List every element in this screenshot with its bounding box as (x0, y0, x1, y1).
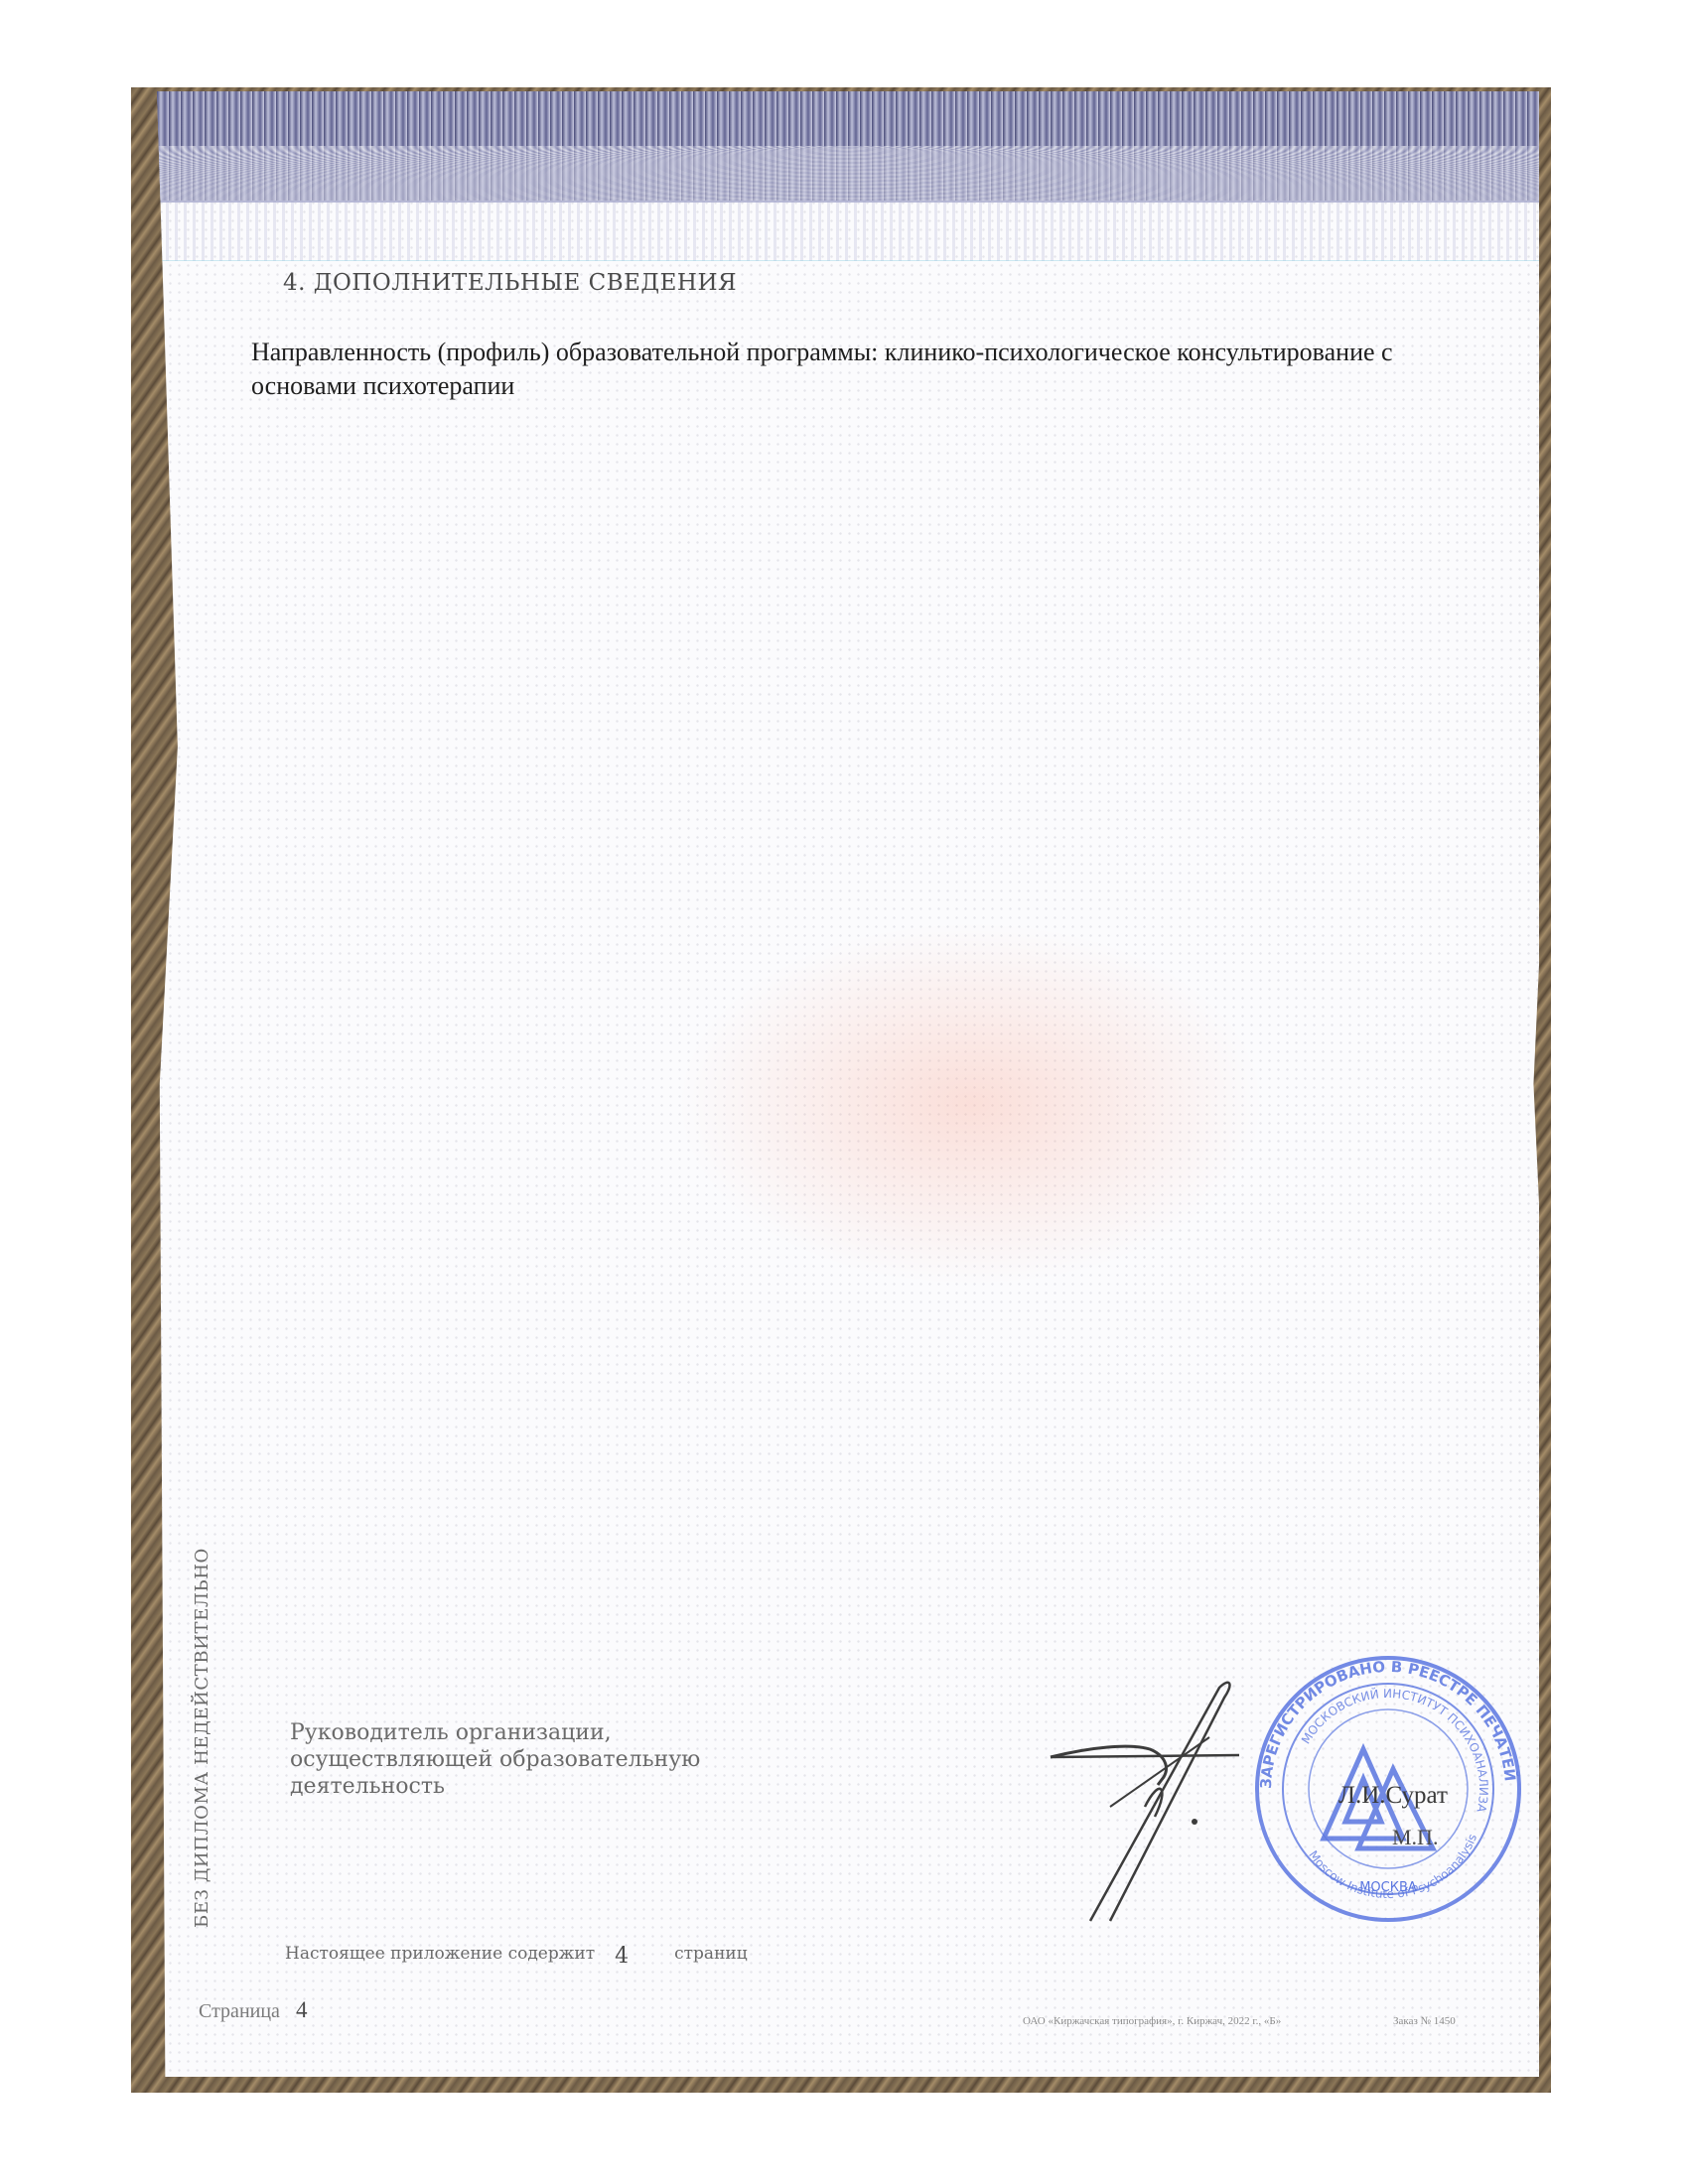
guilloche-header-ornament (157, 91, 1539, 203)
pages-count-note: Настоящее приложение содержит 4 страниц (285, 1940, 748, 1965)
validity-side-note: БЕЗ ДИПЛОМА НЕДЕЙСТВИТЕЛЬНО (192, 1548, 212, 1928)
program-profile-text: Направленность (профиль) образовательной… (251, 336, 1423, 403)
pages-count-value: 4 (615, 1944, 629, 1969)
pages-note-suffix: страниц (674, 1944, 748, 1964)
diploma-appendix-page: 4. Дополнительные сведения Направленност… (157, 91, 1539, 2077)
order-number: Заказ № 1450 (1393, 2015, 1456, 2027)
page-number: Страница 4 (199, 1997, 307, 2023)
signer-name: Л.И.Сурат (1338, 1782, 1448, 1810)
section-title: 4. Дополнительные сведения (283, 270, 737, 296)
pages-note-prefix: Настоящее приложение содержит (285, 1944, 595, 1964)
signatory-title-line: осуществляющей образовательную (290, 1746, 707, 1773)
page-label: Страница (199, 2000, 280, 2023)
seal-place-label: М.П. (1392, 1825, 1438, 1850)
signatory-title-line: деятельность (290, 1773, 707, 1800)
page-number-value: 4 (296, 1997, 308, 2023)
handwritten-signature (1031, 1678, 1259, 1926)
signatory-title: Руководитель организации, осуществляющей… (290, 1719, 707, 1800)
seal-city: МОСКВА (1359, 1880, 1417, 1895)
guilloche-fade-ornament (157, 201, 1539, 261)
signatory-title-line: Руководитель организации, (290, 1719, 707, 1746)
printer-imprint: ОАО «Киржачская типография», г. Киржач, … (1023, 2015, 1281, 2027)
